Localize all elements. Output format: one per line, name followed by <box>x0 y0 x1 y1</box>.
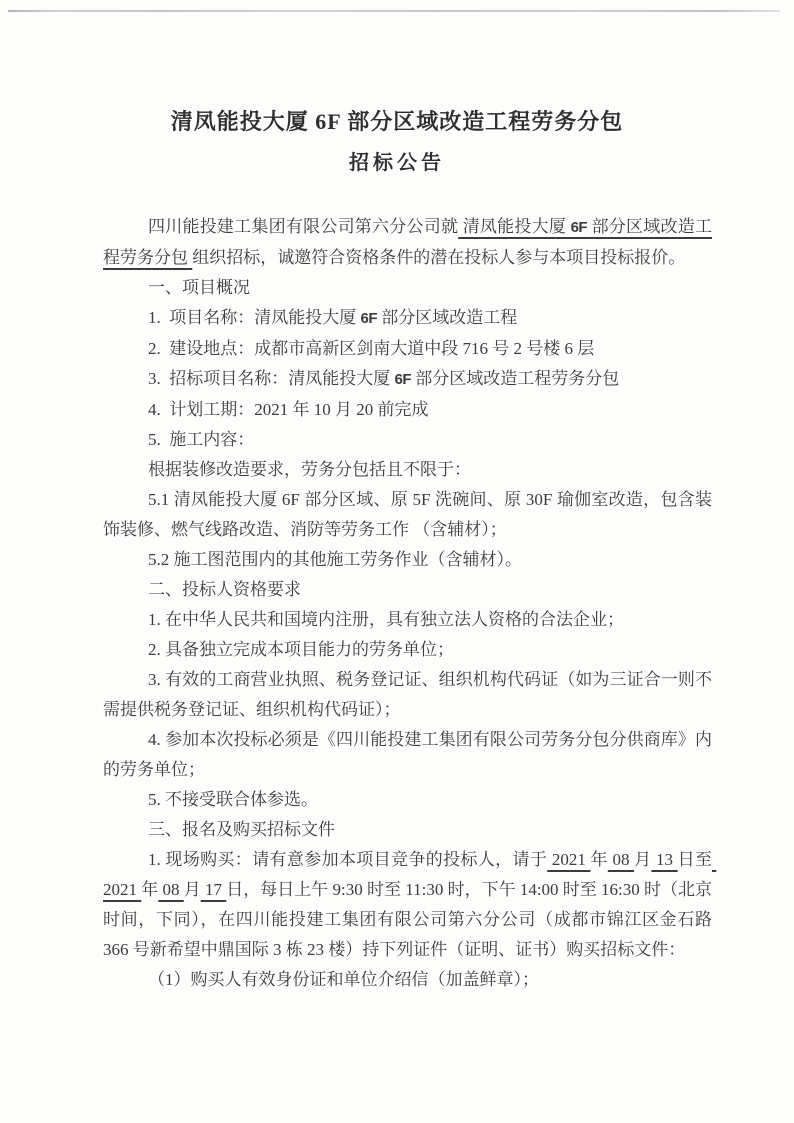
text-segment: 2. 建设地点：成都市高新区剑南大道中段 716 号 2 号楼 6 层 <box>148 339 594 358</box>
text-segment: 5.2 施工图范围内的其他施工劳务作业（含辅材）。 <box>148 550 522 569</box>
text-segment: 1. 项目名称：清凤能投大厦 <box>148 308 361 327</box>
text-segment: 5.1 清凤能投大厦 6F 部分区域、原 5F 洗碗间、原 30F 瑜伽室改造，… <box>103 490 712 539</box>
item-3-1-1-credentials: （1）购买人有效身份证和单位介绍信（加盖鲜章）； <box>103 965 712 995</box>
text-segment: 4. 参加本次投标必须是《四川能投建工集团有限公司劳务分包分供商库》内的劳务单位… <box>103 730 712 779</box>
item-2-1: 1. 在中华人民共和国境内注册，具有独立法人资格的合法企业； <box>103 605 712 635</box>
text-segment: 日至 <box>678 850 712 869</box>
text-segment: 月 <box>634 850 651 869</box>
document-body: 四川能投建工集团有限公司第六分公司就 清凤能投大厦 6F 部分区域改造工程劳务分… <box>103 212 712 995</box>
item-5-1: 5.1 清凤能投大厦 6F 部分区域、原 5F 洗碗间、原 30F 瑜伽室改造，… <box>103 485 712 545</box>
text-segment: 1. 在中华人民共和国境内注册，具有独立法人资格的合法企业； <box>148 610 624 629</box>
text-segment: 部分区域改造工程 <box>377 308 517 327</box>
underlined-text: 08 <box>608 850 634 869</box>
item-1-5-scope-heading: 5. 施工内容： <box>103 425 712 455</box>
text-segment: 二、投标人资格要求 <box>148 580 301 599</box>
text-segment: 部分区域改造工程劳务分包 <box>411 369 619 388</box>
underlined-text: 6F <box>571 219 588 236</box>
text-segment: 年 <box>590 850 607 869</box>
scan-artifact-line <box>8 10 780 12</box>
underlined-text: 2021 <box>547 850 590 869</box>
text-segment: 6F <box>395 371 412 388</box>
item-2-4: 4. 参加本次投标必须是《四川能投建工集团有限公司劳务分包分供商库》内的劳务单位… <box>103 725 712 785</box>
section-1-heading: 一、项目概况 <box>103 273 712 303</box>
scope-intro: 根据装修改造要求，劳务分包括且不限于： <box>103 455 712 485</box>
section-2-heading: 二、投标人资格要求 <box>103 575 712 605</box>
text-segment: 5. 施工内容： <box>148 430 254 449</box>
text-segment: 3. 招标项目名称：清凤能投大厦 <box>148 369 395 388</box>
text-segment: 根据装修改造要求，劳务分包括且不限于： <box>148 460 471 479</box>
text-segment: 四川能投建工集团有限公司第六分公司就 <box>148 217 458 236</box>
intro-paragraph: 四川能投建工集团有限公司第六分公司就 清凤能投大厦 6F 部分区域改造工程劳务分… <box>103 212 712 273</box>
text-segment: 月 <box>184 880 201 899</box>
text-segment: 组织招标，诚邀符合资格条件的潜在投标人参与本项目投标报价。 <box>192 248 685 267</box>
item-1-3-tender-name: 3. 招标项目名称：清凤能投大厦 6F 部分区域改造工程劳务分包 <box>103 364 712 395</box>
text-segment: 一、项目概况 <box>148 278 250 297</box>
item-5-2: 5.2 施工图范围内的其他施工劳务作业（含辅材）。 <box>103 545 712 575</box>
text-segment: 5. 不接受联合体参选。 <box>148 790 318 809</box>
item-3-1-purchase: 1. 现场购买：请有意参加本项目竞争的投标人，请于 2021 年 08 月 13… <box>103 845 712 965</box>
text-segment: 4. 计划工期：2021 年 10 月 20 前完成 <box>148 400 429 419</box>
underlined-text: 17 <box>201 880 227 899</box>
item-1-4-schedule: 4. 计划工期：2021 年 10 月 20 前完成 <box>103 395 712 425</box>
item-2-2: 2. 具备独立完成本项目能力的劳务单位； <box>103 635 712 665</box>
document-title: 清凤能投大厦 6F 部分区域改造工程劳务分包 <box>40 106 754 138</box>
item-2-5: 5. 不接受联合体参选。 <box>103 785 712 815</box>
underlined-text: 08 <box>158 880 184 899</box>
text-segment: 2. 具备独立完成本项目能力的劳务单位； <box>148 640 454 659</box>
section-3-heading: 三、报名及购买招标文件 <box>103 815 712 845</box>
text-segment: 6F <box>361 310 378 327</box>
underlined-text: 清凤能投大厦 <box>458 217 570 236</box>
underlined-text: 13 <box>651 850 677 869</box>
text-segment: （1）购买人有效身份证和单位介绍信（加盖鲜章）； <box>148 970 539 989</box>
text-segment: 三、报名及购买招标文件 <box>148 820 335 839</box>
item-1-1-project-name: 1. 项目名称：清凤能投大厦 6F 部分区域改造工程 <box>103 303 712 334</box>
item-1-2-location: 2. 建设地点：成都市高新区剑南大道中段 716 号 2 号楼 6 层 <box>103 334 712 364</box>
text-segment: 3. 有效的工商营业执照、税务登记证、组织机构代码证（如为三证合一则不需提供税务… <box>103 670 712 719</box>
scanned-document-page: 清凤能投大厦 6F 部分区域改造工程劳务分包 招标公告 四川能投建工集团有限公司… <box>0 0 794 1123</box>
text-segment: 1. 现场购买：请有意参加本项目竞争的投标人，请于 <box>148 850 547 869</box>
item-2-3: 3. 有效的工商营业执照、税务登记证、组织机构代码证（如为三证合一则不需提供税务… <box>103 665 712 725</box>
text-segment: 年 <box>141 880 158 899</box>
document-subtitle: 招标公告 <box>40 148 754 178</box>
